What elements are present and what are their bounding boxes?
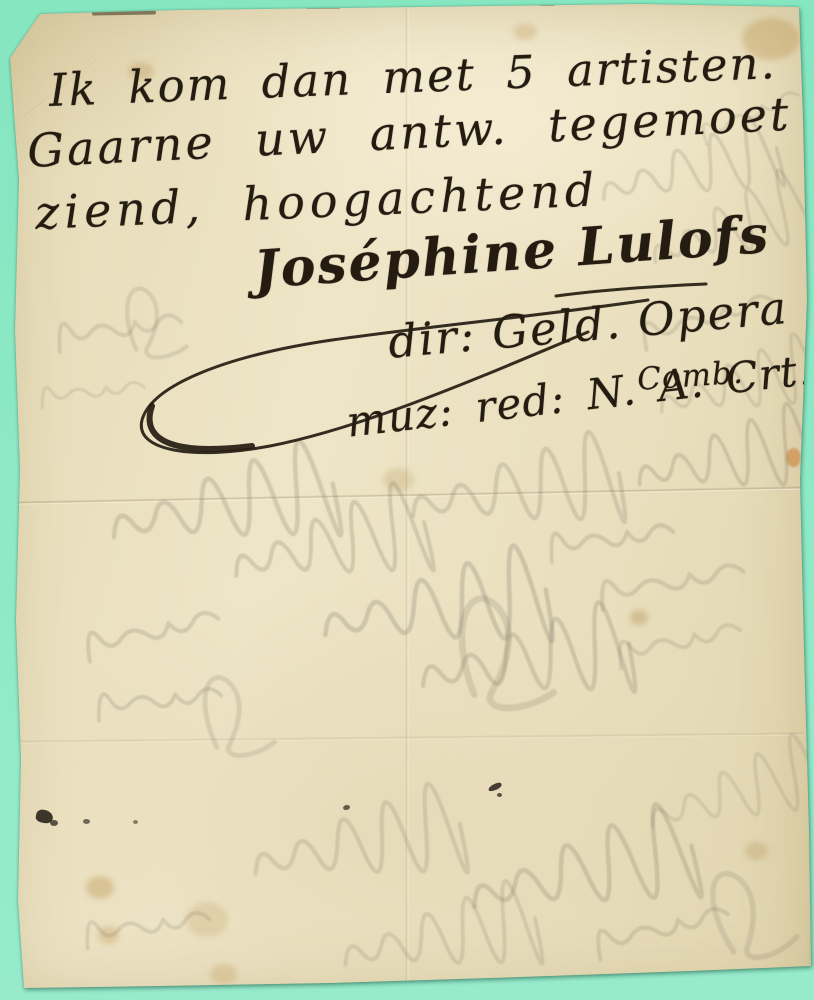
torn-edge-mark [92, 10, 156, 15]
stain [86, 876, 114, 899]
scanner-background: Ik kom dan met 5 artisten. — Gaarne uw a… [0, 0, 814, 1000]
ink-speck [342, 804, 350, 811]
ink-speck [35, 808, 54, 824]
ink-speck [497, 793, 502, 797]
stain [210, 964, 237, 984]
stain [383, 468, 414, 492]
stain [186, 902, 228, 937]
ink-speck [487, 781, 502, 792]
credential-line-3: muz: red: N. A. Crt. [344, 345, 814, 447]
letter-line-1: Ik kom dan met 5 artisten. — [48, 33, 814, 117]
torn-edge-mark [539, 3, 555, 6]
stain [745, 842, 768, 860]
letter-paper: Ik kom dan met 5 artisten. — Gaarne uw a… [0, 0, 814, 1000]
fold-crease-horizontal-lower [18, 732, 804, 744]
credential-line-2: Comb. [636, 355, 745, 398]
bleed-through-writing [0, 0, 814, 1000]
fold-crease-horizontal-upper [16, 486, 804, 505]
stain [786, 448, 801, 467]
letter-line-2: Gaarne uw antw. tegemoet [26, 87, 793, 178]
torn-edge-mark [306, 6, 340, 9]
corner-crease [23, 60, 97, 118]
ink-speck [133, 820, 138, 824]
ink-speck [83, 819, 90, 824]
letter-paper-shadow: Ik kom dan met 5 artisten. — Gaarne uw a… [0, 0, 814, 1000]
fold-crease-vertical [405, 8, 409, 982]
signature: Joséphine Lulofs [252, 204, 772, 301]
credential-line-1: dir: Geld. Opera [386, 281, 790, 369]
signature-flourish [0, 0, 814, 1000]
ink-speck [50, 820, 58, 826]
stain [630, 610, 648, 625]
stain [513, 24, 537, 40]
stain [128, 62, 154, 80]
stain [98, 926, 119, 944]
letter-line-3: ziend, hoogachtend [34, 162, 600, 240]
stain [742, 18, 800, 60]
